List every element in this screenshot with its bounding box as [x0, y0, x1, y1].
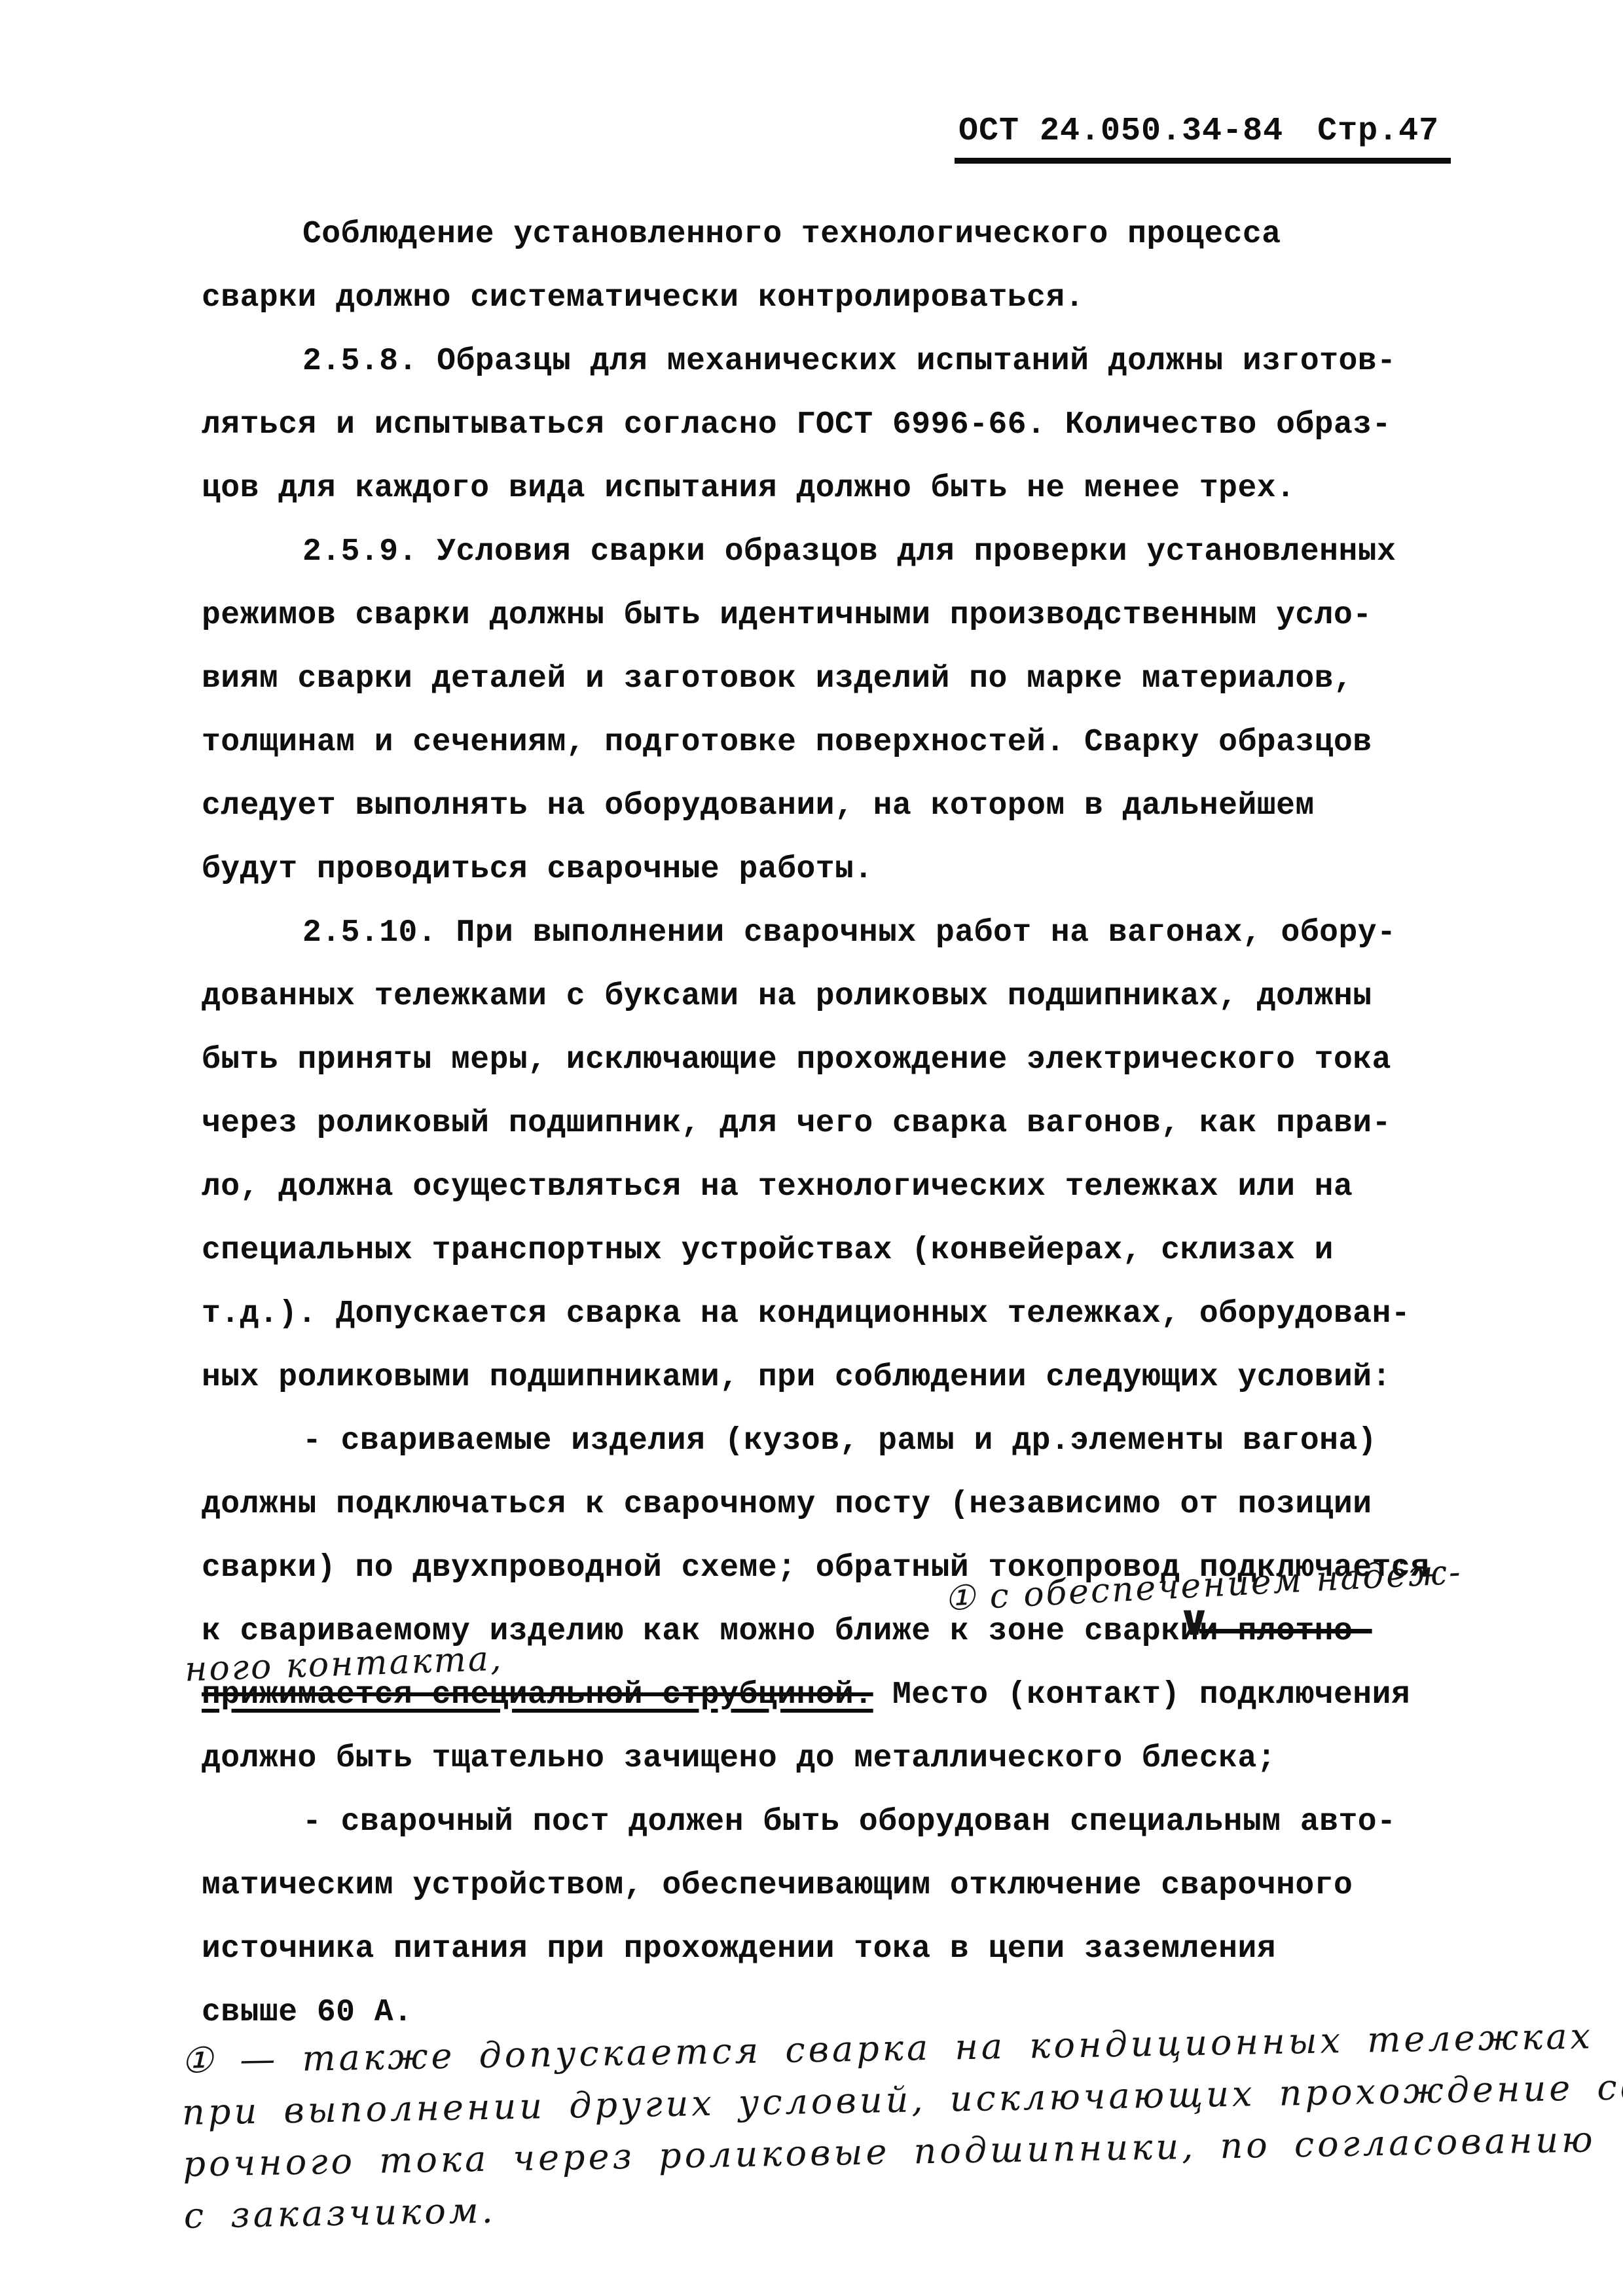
typed-text: Соблюдение установленного технологическо…: [302, 217, 1281, 252]
text-line: специальных транспортных устройствах (ко…: [202, 1219, 1603, 1283]
typed-text: толщинам и сечениям, подготовке поверхно…: [202, 725, 1372, 760]
text-line: быть приняты меры, исключающие прохожден…: [202, 1029, 1603, 1092]
typed-text: 2.5.9. Условия сварки образцов для прове…: [302, 534, 1396, 570]
typed-text: ло, должна осуществляться на технологиче…: [202, 1169, 1353, 1205]
page-number: Стр.47: [1317, 113, 1439, 150]
struck-out-text: и плотно-: [1199, 1614, 1372, 1649]
handwritten-footnote: ① — также допускается сварка на кондицио…: [181, 2009, 1623, 2242]
text-line: - сварочный пост должен быть оборудован …: [202, 1791, 1603, 1854]
typed-text: будут проводиться сварочные работы.: [202, 852, 873, 887]
text-line: через роликовый подшипник, для чего свар…: [202, 1092, 1603, 1156]
typed-text: источника питания при прохождении тока в…: [202, 1931, 1276, 1967]
typed-text: 2.5.8. Образцы для механических испытани…: [302, 344, 1396, 379]
text-line: должны подключаться к сварочному посту (…: [202, 1473, 1603, 1537]
typed-text: свыше 60 А.: [202, 1995, 412, 2030]
typed-text: специальных транспортных устройствах (ко…: [202, 1233, 1334, 1268]
text-line: 2.5.9. Условия сварки образцов для прове…: [202, 520, 1603, 584]
text-line: цов для каждого вида испытания должно бы…: [202, 457, 1603, 520]
text-line: следует выполнять на оборудовании, на ко…: [202, 774, 1603, 838]
text-line: толщинам и сечениям, подготовке поверхно…: [202, 711, 1603, 774]
text-line: матическим устройством, обеспечивающим о…: [202, 1854, 1603, 1918]
typed-text: следует выполнять на оборудовании, на ко…: [202, 788, 1315, 824]
text-line: 2.5.10. При выполнении сварочных работ н…: [202, 902, 1603, 965]
typed-text: Место (контакт) подключения: [873, 1677, 1411, 1713]
typed-text: ных роликовыми подшипниками, при соблюде…: [202, 1360, 1391, 1395]
text-line: ных роликовыми подшипниками, при соблюде…: [202, 1346, 1603, 1410]
text-line: ляться и испытываться согласно ГОСТ 6996…: [202, 393, 1603, 457]
typed-text: сварки должно систематически контролиров…: [202, 280, 1084, 316]
text-line: источника питания при прохождении тока в…: [202, 1918, 1603, 1981]
typed-text: - свариваемые изделия (кузов, рамы и др.…: [302, 1423, 1377, 1459]
typed-text: т.д.). Допускается сварка на кондиционны…: [202, 1296, 1410, 1332]
typed-text: 2.5.10. При выполнении сварочных работ н…: [302, 915, 1396, 951]
typed-text: матическим устройством, обеспечивающим о…: [202, 1868, 1353, 1903]
text-line: будут проводиться сварочные работы.: [202, 838, 1603, 902]
body-text: Соблюдение установленного технологическо…: [202, 203, 1603, 2045]
text-line: должно быть тщательно зачищено до металл…: [202, 1727, 1603, 1791]
text-line: ло, должна осуществляться на технологиче…: [202, 1156, 1603, 1219]
text-line: т.д.). Допускается сварка на кондиционны…: [202, 1283, 1603, 1346]
text-line: Соблюдение установленного технологическо…: [202, 203, 1603, 266]
typed-text: дованных тележками с буксами на роликовы…: [202, 979, 1372, 1014]
text-line: - свариваемые изделия (кузов, рамы и др.…: [202, 1410, 1603, 1473]
typed-text: через роликовый подшипник, для чего свар…: [202, 1106, 1391, 1141]
text-line: дованных тележками с буксами на роликовы…: [202, 965, 1603, 1029]
standard-number: ОСТ 24.050.34-84: [958, 113, 1283, 150]
text-line: 2.5.8. Образцы для механических испытани…: [202, 330, 1603, 393]
typed-text: ляться и испытываться согласно ГОСТ 6996…: [202, 407, 1391, 443]
typed-text: быть приняты меры, исключающие прохожден…: [202, 1042, 1391, 1078]
typed-text: - сварочный пост должен быть оборудован …: [302, 1804, 1396, 1840]
typed-text: виям сварки деталей и заготовок изделий …: [202, 661, 1353, 697]
typed-text: режимов сварки должны быть идентичными п…: [202, 598, 1372, 633]
typed-text: цов для каждого вида испытания должно бы…: [202, 471, 1295, 506]
text-line: режимов сварки должны быть идентичными п…: [202, 584, 1603, 647]
text-line: виям сварки деталей и заготовок изделий …: [202, 647, 1603, 711]
typed-text: должно быть тщательно зачищено до металл…: [202, 1741, 1276, 1776]
typed-text: должны подключаться к сварочному посту (…: [202, 1487, 1372, 1522]
insertion-caret-mark: ∨: [1177, 1596, 1211, 1645]
scanned-document-page: ОСТ 24.050.34-84Стр.47 Соблюдение устано…: [0, 0, 1623, 2296]
document-header: ОСТ 24.050.34-84Стр.47: [955, 113, 1451, 164]
text-line: сварки должно систематически контролиров…: [202, 266, 1603, 330]
